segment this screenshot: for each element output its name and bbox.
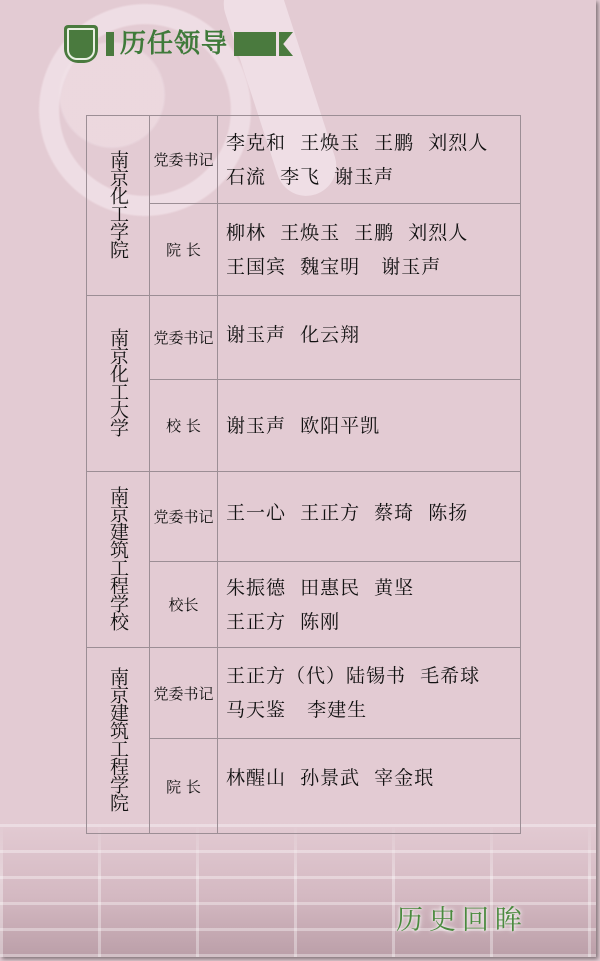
names-line: 王一心 王正方 蔡琦 陈扬	[226, 496, 520, 530]
school-cell: 南京化工大学	[87, 296, 150, 472]
names-line: 石流 李飞 谢玉声	[226, 160, 520, 194]
leaders-table: 南京化工学院 党委书记 李克和 王焕玉 王鹏 刘烈人 石流 李飞 谢玉声 院 长…	[86, 115, 521, 834]
names-line: 谢玉声 化云翔	[226, 318, 520, 352]
title-bar-right	[234, 32, 276, 56]
table-row: 南京化工学院 党委书记 李克和 王焕玉 王鹏 刘烈人 石流 李飞 谢玉声	[87, 116, 521, 204]
header: 历任领导	[64, 24, 293, 64]
school-cell: 南京化工学院	[87, 116, 150, 296]
names-cell: 李克和 王焕玉 王鹏 刘烈人 石流 李飞 谢玉声	[218, 116, 521, 204]
role-cell: 党委书记	[150, 472, 218, 562]
names-line: 柳林 王焕玉 王鹏 刘烈人	[226, 216, 520, 250]
names-line: 林醒山 孙景武 宰金珉	[226, 761, 520, 795]
names-line: 朱振德 田惠民 黄坚	[226, 571, 520, 605]
names-line: 李克和 王焕玉 王鹏 刘烈人	[226, 126, 520, 160]
page: 历任领导 南京化工学院 党委书记 李克和 王焕玉 王鹏 刘烈人 石流 李飞 谢玉…	[0, 0, 596, 957]
names-line: 谢玉声 欧阳平凯	[226, 409, 520, 443]
table-row: 院 长 柳林 王焕玉 王鹏 刘烈人 王国宾 魏宝明 谢玉声	[87, 204, 521, 296]
role-cell: 党委书记	[150, 296, 218, 380]
names-line: 王国宾 魏宝明 谢玉声	[226, 250, 520, 284]
names-cell: 柳林 王焕玉 王鹏 刘烈人 王国宾 魏宝明 谢玉声	[218, 204, 521, 296]
role-cell: 党委书记	[150, 648, 218, 739]
names-cell: 王正方（代）陆锡书 毛希球 马天鉴 李建生	[218, 648, 521, 739]
school-emblem-icon	[64, 25, 98, 63]
table-row: 南京化工大学 党委书记 谢玉声 化云翔	[87, 296, 521, 380]
school-name: 南京化工大学	[108, 328, 128, 436]
names-cell: 谢玉声 化云翔	[218, 296, 521, 380]
names-line: 王正方 陈刚	[226, 605, 520, 639]
role-cell: 院 长	[150, 204, 218, 296]
emblem-shield-icon	[67, 28, 95, 60]
names-cell: 朱振德 田惠民 黄坚 王正方 陈刚	[218, 562, 521, 648]
title-bar-left	[106, 32, 114, 56]
role-cell: 校长	[150, 562, 218, 648]
role-cell: 院 长	[150, 739, 218, 834]
title-bar-notch	[279, 32, 293, 56]
table-row: 南京建筑工程学校 党委书记 王一心 王正方 蔡琦 陈扬	[87, 472, 521, 562]
school-name: 南京建筑工程学院	[108, 667, 128, 811]
page-title: 历任领导	[120, 24, 228, 64]
school-name: 南京化工学院	[108, 150, 128, 258]
role-cell: 校 长	[150, 380, 218, 472]
table-row: 校 长 谢玉声 欧阳平凯	[87, 380, 521, 472]
school-cell: 南京建筑工程学院	[87, 648, 150, 834]
names-line: 马天鉴 李建生	[226, 693, 520, 727]
names-cell: 王一心 王正方 蔡琦 陈扬	[218, 472, 521, 562]
table-row: 校长 朱振德 田惠民 黄坚 王正方 陈刚	[87, 562, 521, 648]
names-cell: 谢玉声 欧阳平凯	[218, 380, 521, 472]
footer-title: 历史回眸	[396, 898, 528, 937]
school-cell: 南京建筑工程学校	[87, 472, 150, 648]
school-name: 南京建筑工程学校	[108, 486, 128, 630]
role-cell: 党委书记	[150, 116, 218, 204]
names-cell: 林醒山 孙景武 宰金珉	[218, 739, 521, 834]
table-row: 南京建筑工程学院 党委书记 王正方（代）陆锡书 毛希球 马天鉴 李建生	[87, 648, 521, 739]
names-line: 王正方（代）陆锡书 毛希球	[226, 659, 520, 693]
table-row: 院 长 林醒山 孙景武 宰金珉	[87, 739, 521, 834]
